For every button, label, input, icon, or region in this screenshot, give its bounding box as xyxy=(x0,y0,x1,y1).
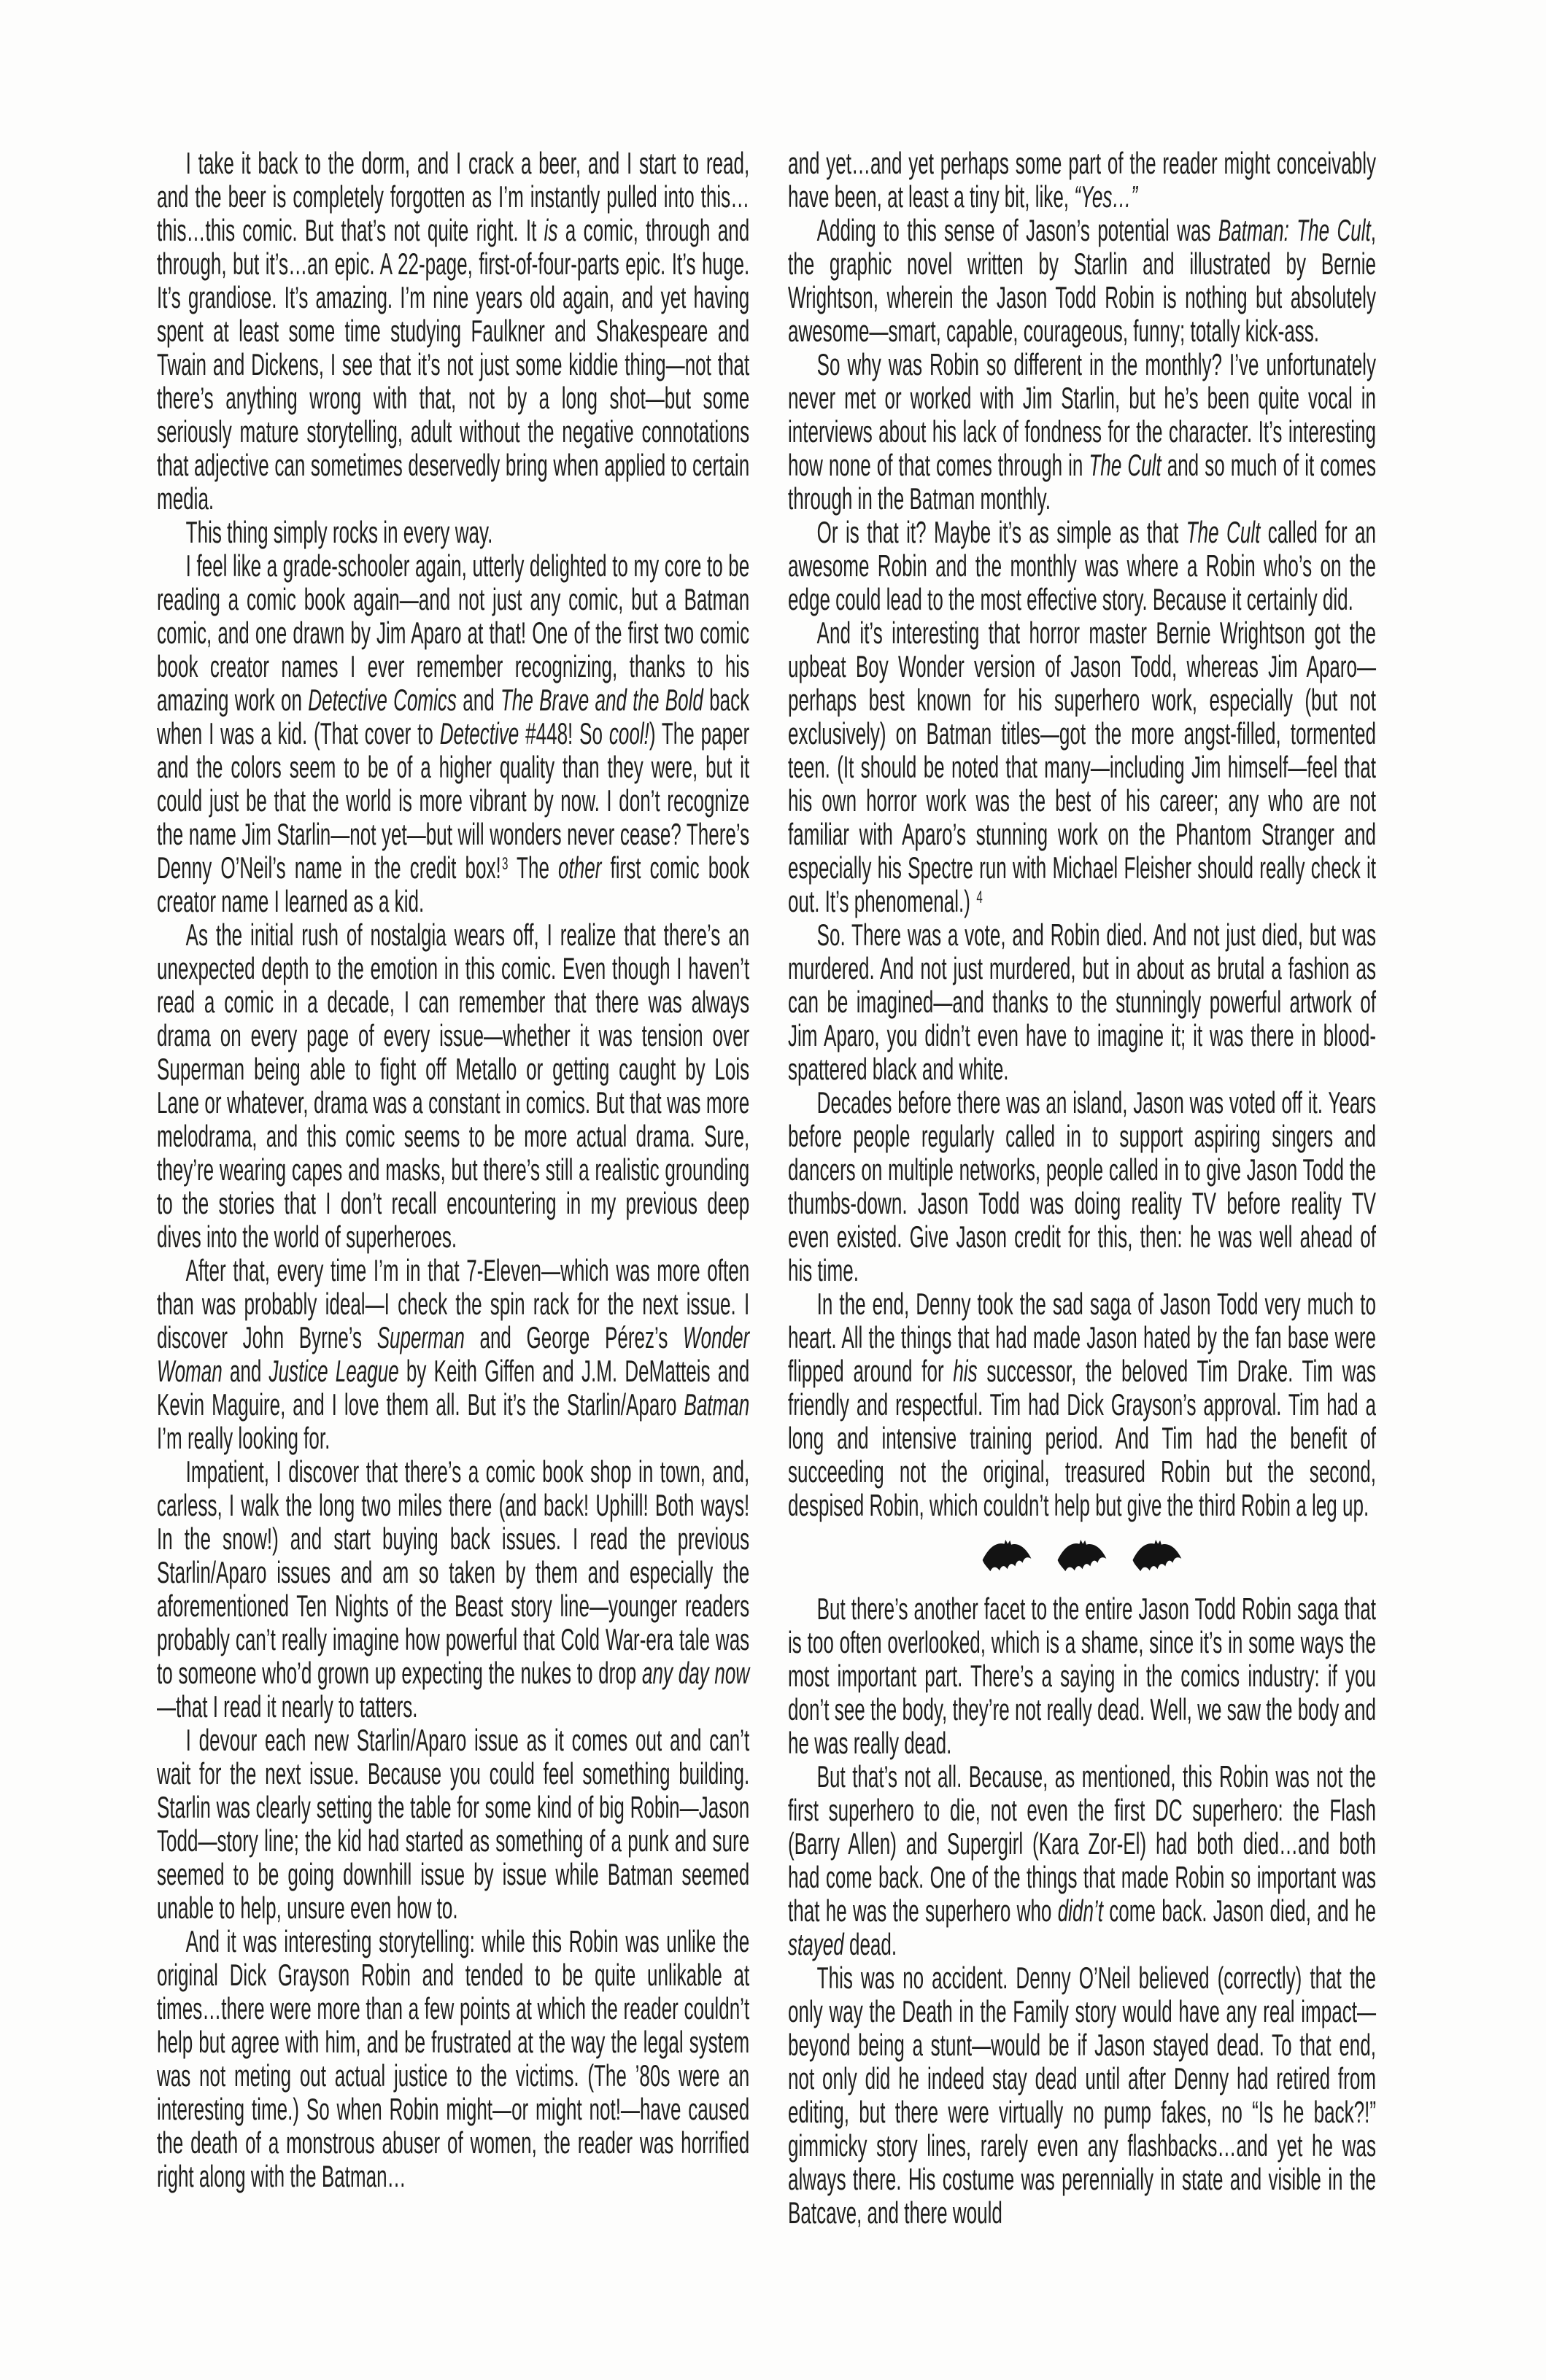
paragraph: And it was interesting storytelling: whi… xyxy=(157,1925,749,2193)
paragraph: After that, every time I’m in that 7-Ele… xyxy=(157,1254,749,1455)
paragraph: In the end, Denny took the sad saga of J… xyxy=(788,1287,1376,1522)
paragraph: I feel like a grade-schooler again, utte… xyxy=(157,549,749,918)
paragraph: Or is that it? Maybe it’s as simple as t… xyxy=(788,516,1376,616)
bat-divider xyxy=(788,1524,1376,1591)
paragraph: and yet…and yet perhaps some part of the… xyxy=(788,147,1376,214)
bat-icon xyxy=(1054,1539,1110,1575)
paragraph: But there’s another facet to the entire … xyxy=(788,1592,1376,1760)
left-column-text: I take it back to the dorm, and I crack … xyxy=(157,147,749,2193)
paragraph: As the initial rush of nostalgia wears o… xyxy=(157,918,749,1254)
paragraph: But that’s not all. Because, as mentione… xyxy=(788,1760,1376,1961)
paragraph: And it’s interesting that horror master … xyxy=(788,616,1376,918)
bat-icon xyxy=(979,1539,1035,1575)
right-column: and yet…and yet perhaps some part of the… xyxy=(788,147,1376,2230)
paragraph: Adding to this sense of Jason’s potentia… xyxy=(788,214,1376,348)
footnote-ref: 4 xyxy=(976,888,982,907)
paragraph: I take it back to the dorm, and I crack … xyxy=(157,147,749,516)
left-column: I take it back to the dorm, and I crack … xyxy=(157,147,749,2193)
page: I take it back to the dorm, and I crack … xyxy=(0,0,1546,2380)
paragraph: Impatient, I discover that there’s a com… xyxy=(157,1455,749,1724)
footnote-ref: 3 xyxy=(502,854,508,874)
paragraph: I devour each new Starlin/Aparo issue as… xyxy=(157,1724,749,1925)
paragraph: So why was Robin so different in the mon… xyxy=(788,348,1376,516)
right-column-text: and yet…and yet perhaps some part of the… xyxy=(788,147,1376,2230)
bat-icon xyxy=(1129,1539,1185,1575)
paragraph: This thing simply rocks in every way. xyxy=(157,516,749,549)
paragraph: So. There was a vote, and Robin died. An… xyxy=(788,918,1376,1086)
paragraph: Decades before there was an island, Jaso… xyxy=(788,1086,1376,1287)
paragraph: This was no accident. Denny O’Neil belie… xyxy=(788,1961,1376,2230)
